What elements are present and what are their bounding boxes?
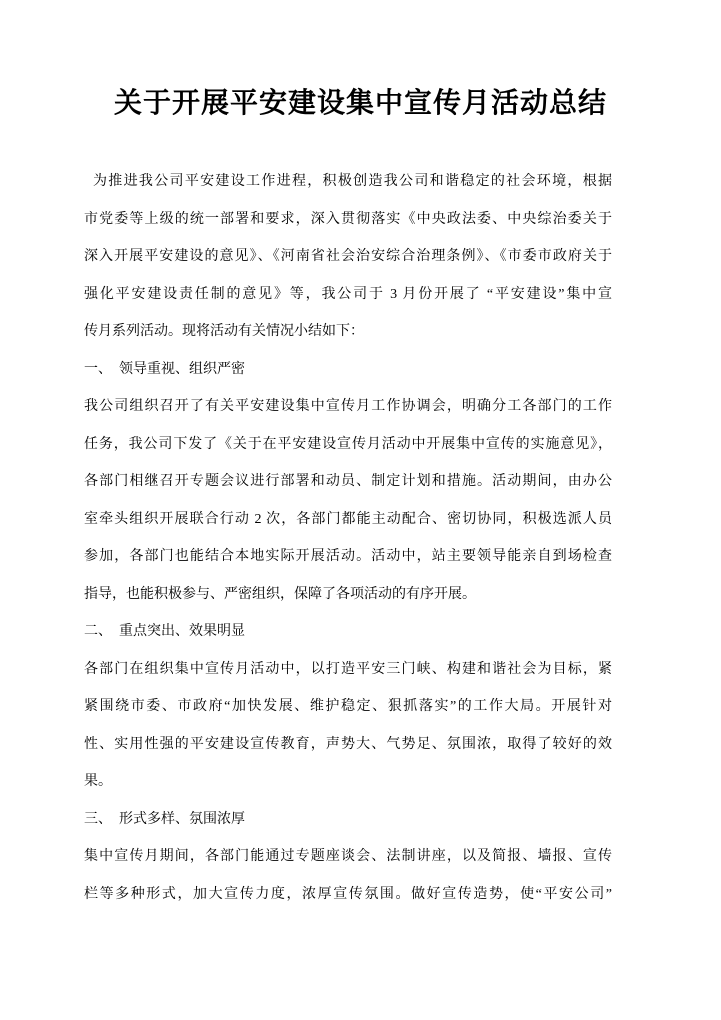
paragraph-line: 指导，也能积极参与、严密组织，保障了各项活动的有序开展。 [84, 576, 612, 614]
paragraph-line: 参加，各部门也能结合本地实际开展活动。活动中，站主要领导能亲自到场检查 [84, 538, 612, 576]
paragraph-line: 传月系列活动。现将活动有关情况小结如下： [84, 313, 612, 351]
paragraph-line: 强化平安建设责任制的意见》等，我公司于 3 月份开展了 “平安建设”集中宣 [84, 276, 612, 314]
section-heading-1: 一、 领导重视、组织严密 [84, 351, 612, 389]
paragraph-line: 任务，我公司下发了《关于在平安建设宣传月活动中开展集中宣传的实施意见》， [84, 426, 612, 464]
section-heading-3: 三、 形式多样、氛围浓厚 [84, 801, 612, 839]
paragraph-line: 紧围绕市委、市政府“加快发展、维护稳定、狠抓落实”的工作大局。开展针对 [84, 688, 612, 726]
paragraph-line: 果。 [84, 763, 612, 801]
paragraph-line: 各部门在组织集中宣传月活动中，以打造平安三门峡、构建和谐社会为目标，紧 [84, 651, 612, 689]
document-title: 关于开展平安建设集中宣传月活动总结 [0, 84, 721, 124]
paragraph-line: 深入开展平安建设的意见》、《河南省社会治安综合治理条例》、《市委市政府关于 [84, 238, 612, 276]
paragraph-line: 我公司组织召开了有关平安建设集中宣传月工作协调会，明确分工各部门的工作 [84, 388, 612, 426]
paragraph-line: 市党委等上级的统一部署和要求，深入贯彻落实《中央政法委、中央综治委关于 [84, 201, 612, 239]
paragraph-line: 为推进我公司平安建设工作进程，积极创造我公司和谐稳定的社会环境，根据 [84, 163, 612, 201]
paragraph-line: 集中宣传月期间，各部门能通过专题座谈会、法制讲座，以及简报、墙报、宣传 [84, 838, 612, 876]
document-page: 关于开展平安建设集中宣传月活动总结 为推进我公司平安建设工作进程，积极创造我公司… [0, 0, 721, 1020]
paragraph-line: 室牵头组织开展联合行动 2 次，各部门都能主动配合、密切协同，积极选派人员 [84, 501, 612, 539]
paragraph-line: 性、实用性强的平安建设宣传教育，声势大、气势足、氛围浓，取得了较好的效 [84, 726, 612, 764]
section-heading-2: 二、 重点突出、效果明显 [84, 613, 612, 651]
paragraph-line: 栏等多种形式，加大宣传力度，浓厚宣传氛围。做好宣传造势，使“平安公司” [84, 876, 612, 914]
document-body: 为推进我公司平安建设工作进程，积极创造我公司和谐稳定的社会环境，根据 市党委等上… [84, 163, 612, 913]
paragraph-line: 各部门相继召开专题会议进行部署和动员、制定计划和措施。活动期间，由办公 [84, 463, 612, 501]
